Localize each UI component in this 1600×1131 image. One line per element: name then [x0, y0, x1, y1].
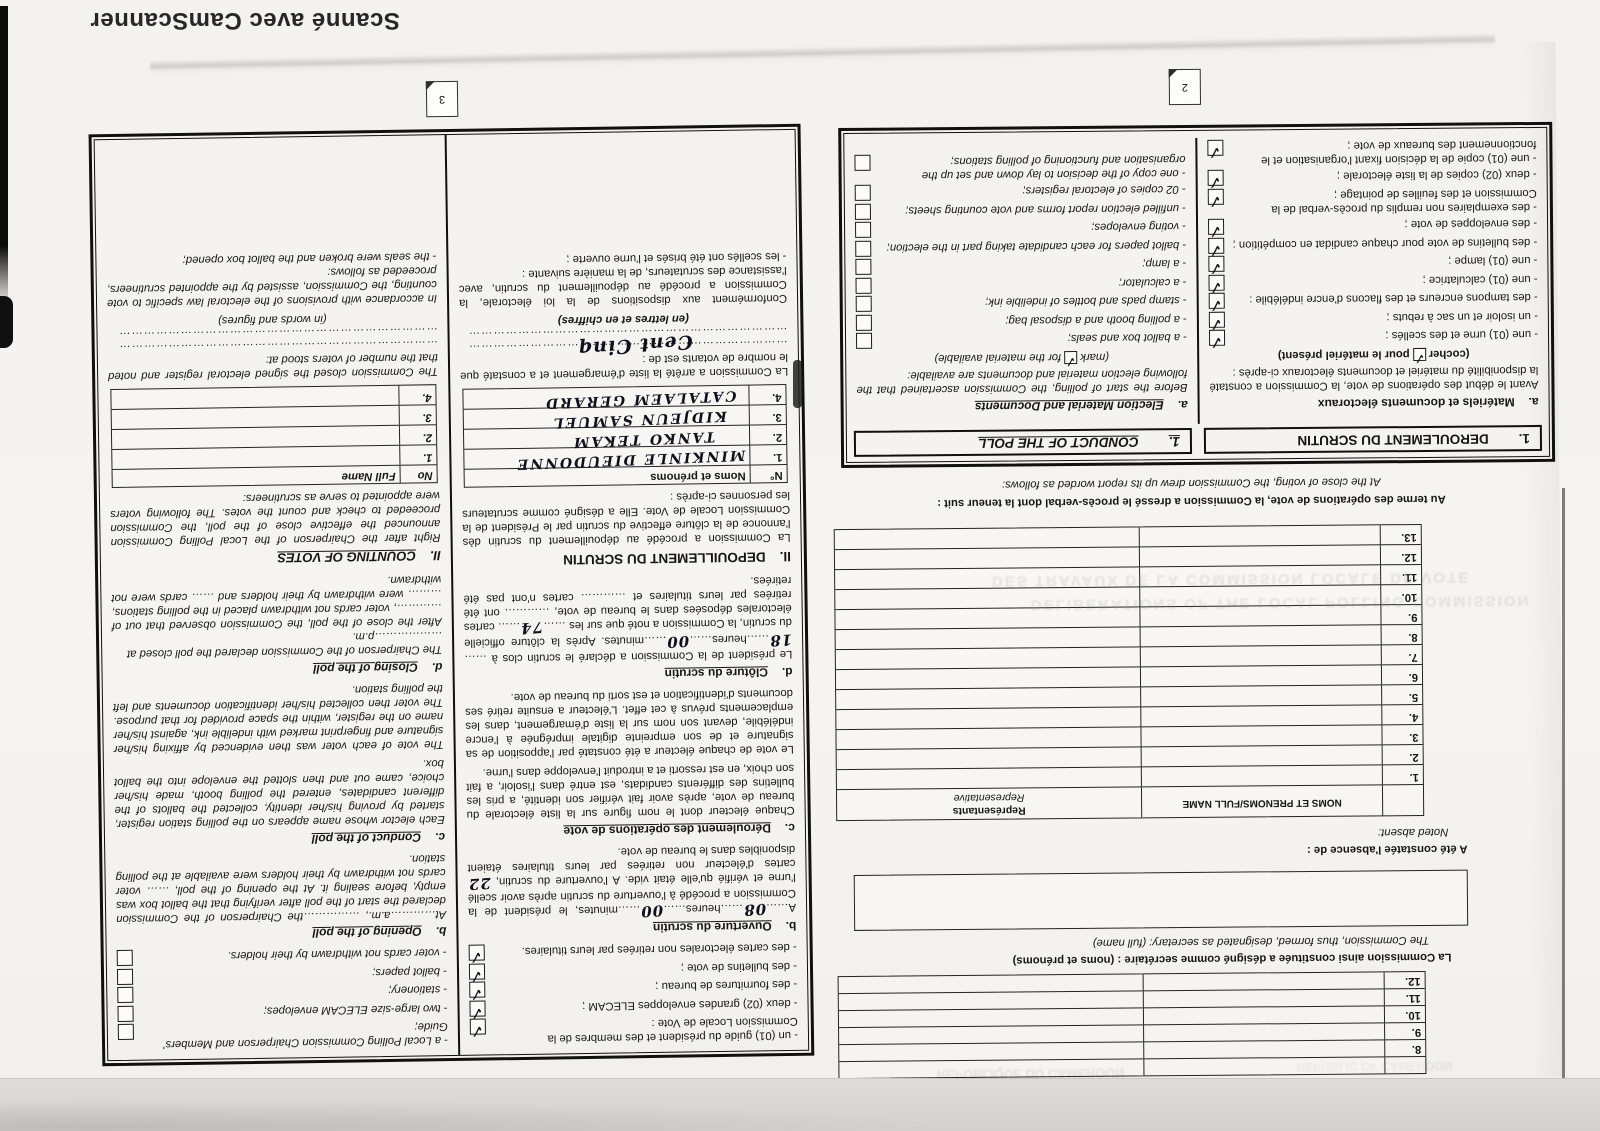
- mark-note-fr: (cocher✓pour le matériel présent): [1209, 346, 1538, 363]
- scrutineers-table-en: No Full Name 1. 2. 3. 4.: [110, 384, 437, 488]
- table-header-row: NOMS ET PRENOMS/FULL NAME Représentants …: [837, 785, 1423, 820]
- checkbox-checked-icon: ✓: [1208, 219, 1224, 235]
- checklist-item: - voting envelopes;: [855, 219, 1186, 238]
- checkbox-empty-icon: [856, 333, 872, 349]
- subsection-a-fr: a. Matériels et documents électoraux: [1210, 394, 1539, 412]
- checklist-item: - stamp pads and bottles of indelible in…: [856, 293, 1187, 312]
- voters-count-block-fr: La Commission a arrêté la liste d'émarge…: [459, 310, 788, 383]
- section-1-box: 1. DEROULEMENT DU SCRUTIN 1. CONDUCT OF …: [838, 122, 1555, 468]
- checklist-item: - des enveloppes de vote ;✓: [1208, 216, 1537, 235]
- page-2-badge: 2: [1169, 69, 1201, 105]
- closing-paragraph-fr: Le président de la Commission a déclaré …: [463, 573, 792, 666]
- checklist-item: - 02 copies of electoral registers;: [855, 182, 1186, 201]
- table-header-row: N° Noms et prénoms: [465, 465, 787, 487]
- checklist-item: - une (01) calculatrice ;✓: [1208, 272, 1537, 291]
- secretary-name-box: [854, 870, 1468, 931]
- binding-shadow-artifact: [793, 360, 802, 408]
- absence-label-en: Noted absent:: [1378, 825, 1448, 840]
- column-en: a. Election Material and Documents Befor…: [844, 138, 1197, 427]
- opening-paragraph-fr: A……08……heures……00……minutes, le président…: [467, 842, 796, 921]
- checklist-item: - ballot papers;: [117, 964, 447, 985]
- checklist-item: - des bulletins de vote ;✓: [469, 959, 797, 980]
- checklist-item: - des fournitures de bureau ;✓: [469, 977, 797, 998]
- subsection-c-fr: c. Déroulement des opérations de vote: [467, 820, 795, 840]
- column-header-fullname: NOMS ET PRENOMS/FULL NAME: [1142, 785, 1383, 817]
- closing-paragraph-1-en: The Chairperson of the Commission declar…: [112, 628, 442, 661]
- checklist-item: - une (01) copie de la décision fixant l…: [1207, 137, 1536, 168]
- subsection-b-fr: b. Ouverture du scrutin: [468, 919, 796, 939]
- scan-edge-artifact: [1562, 488, 1565, 1078]
- checklist-item: - des exemplaires non remplis du procès-…: [1208, 186, 1537, 217]
- conformity-paragraph-fr: Conformément aux dispositions de la loi …: [459, 263, 788, 310]
- section-1-title-fr: 1. DEROULEMENT DU SCRUTIN: [1204, 425, 1542, 454]
- mark-note-en: (mark✓for the material available): [856, 349, 1187, 366]
- checkbox-checked-icon: ✓: [1064, 351, 1077, 364]
- closing-line-en: At the close of voting, the Commission d…: [833, 473, 1549, 493]
- section-continuation-box: - un (01) guide du président et des memb…: [89, 124, 815, 1066]
- closing-paragraph-2-en: After the close of the poll, the Commiss…: [111, 572, 442, 633]
- handwritten-value: 00: [666, 633, 690, 650]
- checkbox-checked-icon: ✓: [1413, 348, 1426, 361]
- handwritten-value: 74: [520, 619, 544, 636]
- table-header-row: No Full Name: [113, 465, 437, 487]
- checkbox-empty-icon: [855, 203, 871, 219]
- checklist-item: - des cartes électorales non retirées pa…: [469, 940, 797, 961]
- secretary-line-fr: La Commission ainsi constituée a désigné…: [906, 950, 1451, 969]
- checkbox-empty-icon: [117, 987, 133, 1003]
- counting-intro-en: Right after the Chairperson of the Local…: [110, 488, 441, 549]
- closing-line-fr: Au terme des opérations de vote, la Comm…: [833, 491, 1549, 511]
- checklist-item: - one copy of the decision to lay down a…: [854, 152, 1185, 183]
- checkbox-empty-icon: [855, 185, 871, 201]
- checkbox-empty-icon: [117, 950, 133, 966]
- checklist-item: - two large-size ELECAM envelopes;: [117, 1001, 447, 1022]
- conduct-paragraph-1-en: Each elector whose name appears on the p…: [114, 756, 445, 831]
- voters-count-block-en: The Commission closed the signed elector…: [107, 310, 438, 383]
- subsection-a-en: a. Election Material and Documents: [857, 397, 1188, 415]
- page-3-badge: 3: [426, 81, 459, 117]
- checklist-item: - voter cards not withdrawn by their hol…: [117, 946, 447, 967]
- checklist-item: - un isoloir et un sac à rebuts ;✓: [1209, 309, 1538, 328]
- secretary-line-en: The Commission, thus formed, designated …: [909, 933, 1429, 952]
- opening-paragraph-en: At…………a.m., ……………the Chairperson of the …: [115, 851, 446, 926]
- checkbox-empty-icon: [117, 969, 133, 985]
- checkbox-empty-icon: [117, 1006, 133, 1022]
- scrutineers-table-fr: N° Noms et prénoms 1. MINKINLE DIEUDONNE…: [462, 384, 787, 488]
- subsection-b-en: b. Opening of the poll: [116, 924, 446, 944]
- checklist-item: - deux (02) grandes enveloppes ELECAM ;✓: [469, 996, 797, 1017]
- subsection-d-fr: d. Clôture du scrutin: [465, 664, 793, 684]
- handwritten-value: 22: [467, 874, 491, 891]
- column-fr: - un (01) guide du président et des memb…: [445, 130, 809, 1055]
- representatives-table: NOMS ET PRENOMS/FULL NAME Représentants …: [834, 524, 1425, 821]
- counting-intro-fr: La Commission a procédé au dépouillement…: [462, 488, 791, 549]
- conduct-paragraph-1-fr: Chaque électeur dont le nom figure sur l…: [466, 761, 795, 822]
- column-en: - a Local Polling Commission Chairperson…: [95, 135, 459, 1060]
- column-fr: a. Matériels et documents électoraux Ava…: [1195, 135, 1548, 424]
- checklist-item: - a Local Polling Commission Chairperson…: [118, 1020, 448, 1053]
- materials-intro-en: Before the start of polling, the Commiss…: [856, 366, 1187, 397]
- scan-edge-artifact: [0, 6, 8, 306]
- handwritten-value: 00: [640, 902, 664, 919]
- checklist-item: - a polling booth and a disposal bag;: [856, 312, 1187, 331]
- handwritten-value: 18: [769, 631, 793, 648]
- checklist-item: - un (01) guide du président et des memb…: [470, 1014, 798, 1047]
- scanner-background: [0, 1078, 1600, 1131]
- checkbox-empty-icon: [855, 222, 871, 238]
- scan-sheet: REPUBLIQUE DU CAMEROUN REPUBLIC OF CAMER…: [0, 0, 1600, 1131]
- checklist-item: - une (01) lampe ;✓: [1208, 253, 1537, 272]
- checklist-item: - a ballot box and seals;: [856, 330, 1187, 349]
- checklist-item: - unfilled election report forms and vot…: [855, 201, 1186, 220]
- subsection-d-en: d. Closing of the poll: [112, 659, 442, 679]
- checklist-item: - deux (02) copies de la liste électoral…: [1208, 167, 1537, 186]
- section-1-header: 1. DEROULEMENT DU SCRUTIN 1. CONDUCT OF …: [854, 425, 1542, 457]
- checklist-item: - des tampons encreurs et des flacons d'…: [1209, 290, 1538, 309]
- section-2-title-fr: II. DEPOUILLEMENT DU SCRUTIN: [463, 547, 791, 569]
- checkbox-empty-icon: [854, 154, 870, 170]
- checklist-item: - des bulletins de vote pour chaque cand…: [1208, 235, 1537, 254]
- handwritten-value: 08: [743, 900, 767, 917]
- scanned-document: REPUBLIQUE DU CAMEROUN REPUBLIC OF CAMER…: [0, 0, 1600, 1131]
- checkbox-empty-icon: [855, 240, 871, 256]
- materials-intro-fr: Avant le début des opérations de vote, l…: [1209, 363, 1538, 394]
- checkbox-empty-icon: [856, 314, 872, 330]
- checkbox-checked-icon: ✓: [469, 945, 485, 961]
- checklist-item: - ballot papers for each candidate takin…: [855, 238, 1186, 257]
- absence-label-fr: A été constatée l'absence de :: [1307, 842, 1468, 857]
- checkbox-empty-icon: [856, 277, 872, 293]
- checklist-item: - a lamp;: [855, 256, 1186, 275]
- subsection-c-en: c. Conduct of the poll: [115, 829, 445, 849]
- checkbox-checked-icon: ✓: [1208, 170, 1224, 186]
- scan-edge-artifact: [0, 296, 13, 348]
- checkbox-empty-icon: [118, 1024, 134, 1040]
- section-1-title-en: 1. CONDUCT OF THE POLL: [854, 428, 1192, 457]
- checkbox-empty-icon: [855, 259, 871, 275]
- page-2: REPUBLIQUE DU CAMEROUN REPUBLIC OF CAMER…: [815, 42, 1564, 1083]
- checklist-item: - stationery;: [117, 983, 447, 1004]
- bleedthrough-text: DELIBERATIONS OF THE LOCAL POLLING COMMI…: [1031, 592, 1531, 613]
- camscanner-watermark: Scanné avec CamScanner: [90, 6, 400, 34]
- section-2-title-en: II. COUNTING OF VOTES: [111, 547, 441, 568]
- checkbox-empty-icon: [856, 296, 872, 312]
- conformity-paragraph-en: In accordance with provisions of the ele…: [107, 263, 438, 310]
- column-header-representative: Représentants Representative: [837, 787, 1142, 820]
- checkbox-checked-icon: ✓: [1207, 139, 1223, 155]
- checklist-item: - une (01) urne et des scellés ;✓: [1209, 327, 1538, 346]
- conduct-paragraph-2-en: The vote of each voter was then evidence…: [113, 681, 444, 756]
- checklist-item: - a calculator;: [856, 275, 1187, 294]
- page-3: - un (01) guide du président et des memb…: [83, 59, 818, 1075]
- conduct-paragraph-2-fr: Le vote de chaque électeur a été constat…: [465, 686, 794, 761]
- members-continuation-table: 8. 9. 10. 11.: [838, 971, 1427, 1079]
